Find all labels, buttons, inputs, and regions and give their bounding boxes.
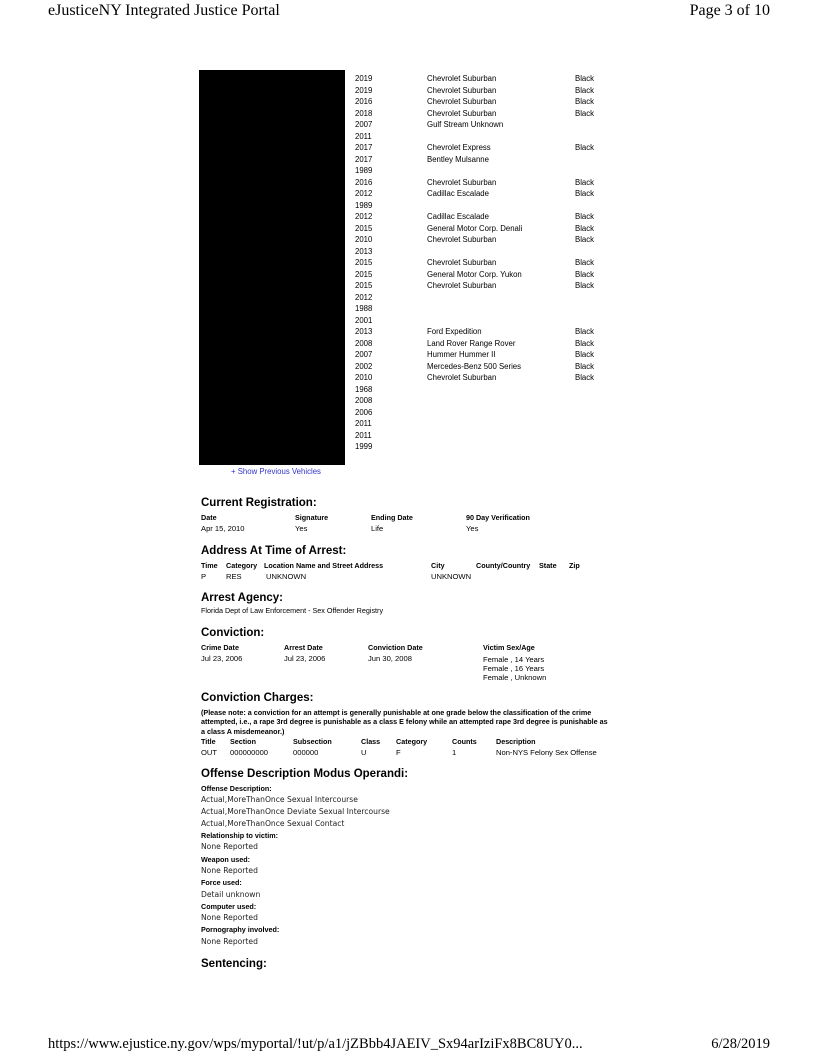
registration-signature-header: Signature — [295, 513, 328, 522]
charge-subsection-header: Subsection — [293, 737, 332, 746]
charge-class-header: Class — [361, 737, 380, 746]
vehicle-year: 2015 — [355, 257, 372, 269]
address-category: RES — [226, 572, 242, 581]
offense-item-2: Actual,MoreThanOnce Deviate Sexual Inter… — [201, 807, 390, 816]
vehicle-color: Black — [575, 188, 594, 200]
registration-ending-date: Life — [371, 524, 383, 533]
vehicle-color: Black — [575, 257, 594, 269]
vehicle-make-model: Cadillac Escalade — [427, 188, 489, 200]
vehicle-year: 2018 — [355, 108, 372, 120]
vehicle-color: Black — [575, 96, 594, 108]
computer-value: None Reported — [201, 913, 258, 922]
vehicle-make-model: Chevrolet Suburban — [427, 108, 496, 120]
vehicle-make-model: Mercedes-Benz 500 Series — [427, 361, 521, 373]
address-time-header: Time — [201, 561, 218, 570]
vehicle-make-model: Chevrolet Express — [427, 142, 491, 154]
sentencing-heading: Sentencing: — [201, 958, 267, 970]
registration-90-day: Yes — [466, 524, 478, 533]
show-previous-vehicles-link[interactable]: + Show Previous Vehicles — [231, 467, 321, 476]
vehicle-year: 2015 — [355, 280, 372, 292]
arrest-agency-heading: Arrest Agency: — [201, 592, 283, 604]
vehicle-make-model: Hummer Hummer II — [427, 349, 495, 361]
charge-subsection: 000000 — [293, 748, 318, 757]
address-location: UNKNOWN — [266, 572, 306, 581]
address-location-header: Location Name and Street Address — [264, 561, 383, 570]
conviction-charges-note: (Please note: a conviction for an attemp… — [201, 708, 611, 736]
vehicle-make-model: Gulf Stream Unknown — [427, 119, 503, 131]
vehicle-year: 2008 — [355, 338, 372, 350]
conviction-date-header: Conviction Date — [368, 643, 423, 652]
vehicle-make-model: Chevrolet Suburban — [427, 96, 496, 108]
vehicle-color: Black — [575, 73, 594, 85]
conviction-charges-heading: Conviction Charges: — [201, 692, 313, 704]
charge-counts: 1 — [452, 748, 456, 757]
arrest-date-header: Arrest Date — [284, 643, 323, 652]
victim-sex-age-header: Victim Sex/Age — [483, 643, 535, 652]
conviction-date: Jun 30, 2008 — [368, 654, 412, 663]
vehicle-year: 2012 — [355, 188, 372, 200]
charge-section: 000000000 — [230, 748, 268, 757]
vehicle-make-model: Chevrolet Suburban — [427, 177, 496, 189]
vehicle-year: 2007 — [355, 119, 372, 131]
relationship-value: None Reported — [201, 842, 258, 851]
vehicle-make-model: General Motor Corp. Yukon — [427, 269, 522, 281]
arrest-date: Jul 23, 2006 — [284, 654, 325, 663]
address-state-header: State — [539, 561, 557, 570]
offense-item-3: Actual,MoreThanOnce Sexual Contact — [201, 819, 344, 828]
offense-description-label: Offense Description: — [201, 784, 272, 793]
offense-item-1: Actual,MoreThanOnce Sexual Intercourse — [201, 795, 358, 804]
computer-label: Computer used: — [201, 902, 256, 911]
charge-category: F — [396, 748, 401, 757]
address-category-header: Category — [226, 561, 257, 570]
offense-description-heading: Offense Description Modus Operandi: — [201, 768, 408, 780]
crime-date-header: Crime Date — [201, 643, 239, 652]
charge-counts-header: Counts — [452, 737, 477, 746]
vehicle-make-model: Chevrolet Suburban — [427, 257, 496, 269]
vehicle-year: 2012 — [355, 292, 372, 304]
victim-2: Female , 16 Years — [483, 664, 544, 673]
charge-category-header: Category — [396, 737, 427, 746]
vehicle-year: 2002 — [355, 361, 372, 373]
vehicle-make-model: General Motor Corp. Denali — [427, 223, 522, 235]
pornography-value: None Reported — [201, 937, 258, 946]
current-registration-heading: Current Registration: — [201, 497, 317, 509]
vehicle-color: Black — [575, 142, 594, 154]
vehicle-color: Black — [575, 108, 594, 120]
vehicle-year: 2015 — [355, 223, 372, 235]
charge-description-header: Description — [496, 737, 536, 746]
charge-class: U — [361, 748, 366, 757]
vehicle-year: 2013 — [355, 246, 372, 258]
address-zip-header: Zip — [569, 561, 580, 570]
vehicle-year: 1989 — [355, 165, 372, 177]
arrest-agency-value: Florida Dept of Law Enforcement - Sex Of… — [201, 606, 383, 615]
charge-section-header: Section — [230, 737, 256, 746]
address-city: UNKNOWN — [431, 572, 471, 581]
weapon-label: Weapon used: — [201, 855, 250, 864]
page-number: Page 3 of 10 — [690, 2, 770, 20]
registration-date: Apr 15, 2010 — [201, 524, 245, 533]
weapon-value: None Reported — [201, 866, 258, 875]
registration-date-header: Date — [201, 513, 217, 522]
vehicle-year: 2011 — [355, 418, 372, 430]
vehicle-year: 2011 — [355, 430, 372, 442]
vehicle-year: 2012 — [355, 211, 372, 223]
charge-title: OUT — [201, 748, 217, 757]
vehicle-make-model: Chevrolet Suburban — [427, 234, 496, 246]
registration-signature: Yes — [295, 524, 307, 533]
vehicle-make-model: Chevrolet Suburban — [427, 85, 496, 97]
vehicle-year: 2017 — [355, 154, 372, 166]
vehicle-year: 2016 — [355, 96, 372, 108]
vehicle-color: Black — [575, 269, 594, 281]
vehicle-year: 2013 — [355, 326, 372, 338]
registration-90-day-header: 90 Day Verification — [466, 513, 530, 522]
force-value: Detail unknown — [201, 890, 260, 899]
charge-description: Non-NYS Felony Sex Offense — [496, 748, 597, 757]
vehicle-make-model: Land Rover Range Rover — [427, 338, 515, 350]
vehicle-color: Black — [575, 234, 594, 246]
vehicle-year: 2019 — [355, 85, 372, 97]
address-at-arrest-heading: Address At Time of Arrest: — [201, 545, 346, 557]
victim-3: Female , Unknown — [483, 673, 546, 682]
address-city-header: City — [431, 561, 445, 570]
vehicle-year: 2017 — [355, 142, 372, 154]
redacted-photo-block — [199, 70, 345, 465]
vehicle-year: 2007 — [355, 349, 372, 361]
vehicle-color: Black — [575, 211, 594, 223]
charge-title-header: Title — [201, 737, 216, 746]
page-footer-date: 6/28/2019 — [711, 1036, 770, 1053]
conviction-heading: Conviction: — [201, 627, 264, 639]
vehicle-year: 2010 — [355, 234, 372, 246]
vehicle-make-model: Chevrolet Suburban — [427, 73, 496, 85]
vehicle-year: 2011 — [355, 131, 372, 143]
vehicle-year: 2010 — [355, 372, 372, 384]
vehicle-color: Black — [575, 361, 594, 373]
vehicle-year: 2015 — [355, 269, 372, 281]
vehicle-make-model: Chevrolet Suburban — [427, 280, 496, 292]
crime-date: Jul 23, 2006 — [201, 654, 242, 663]
page-footer-url: https://www.ejustice.ny.gov/wps/myportal… — [48, 1036, 583, 1053]
vehicle-make-model: Bentley Mulsanne — [427, 154, 489, 166]
vehicle-color: Black — [575, 280, 594, 292]
vehicle-year: 2008 — [355, 395, 372, 407]
vehicle-year: 1988 — [355, 303, 372, 315]
vehicle-year: 1999 — [355, 441, 372, 453]
vehicle-year: 1989 — [355, 200, 372, 212]
vehicle-make-model: Cadillac Escalade — [427, 211, 489, 223]
address-time: P — [201, 572, 206, 581]
relationship-label: Relationship to victim: — [201, 831, 278, 840]
vehicle-color: Black — [575, 85, 594, 97]
vehicle-year: 2016 — [355, 177, 372, 189]
pornography-label: Pornography involved: — [201, 925, 279, 934]
vehicle-year: 2001 — [355, 315, 372, 327]
registration-ending-date-header: Ending Date — [371, 513, 413, 522]
vehicle-color: Black — [575, 177, 594, 189]
vehicle-year: 2006 — [355, 407, 372, 419]
page-header-title: eJusticeNY Integrated Justice Portal — [48, 2, 280, 20]
vehicle-color: Black — [575, 349, 594, 361]
address-county-header: County/Country — [476, 561, 530, 570]
vehicle-year: 2019 — [355, 73, 372, 85]
vehicle-color: Black — [575, 372, 594, 384]
vehicle-year: 1968 — [355, 384, 372, 396]
force-label: Force used: — [201, 878, 242, 887]
vehicle-make-model: Ford Expedition — [427, 326, 482, 338]
vehicle-color: Black — [575, 338, 594, 350]
vehicle-color: Black — [575, 223, 594, 235]
vehicle-color: Black — [575, 326, 594, 338]
vehicle-make-model: Chevrolet Suburban — [427, 372, 496, 384]
victim-1: Female , 14 Years — [483, 655, 544, 664]
